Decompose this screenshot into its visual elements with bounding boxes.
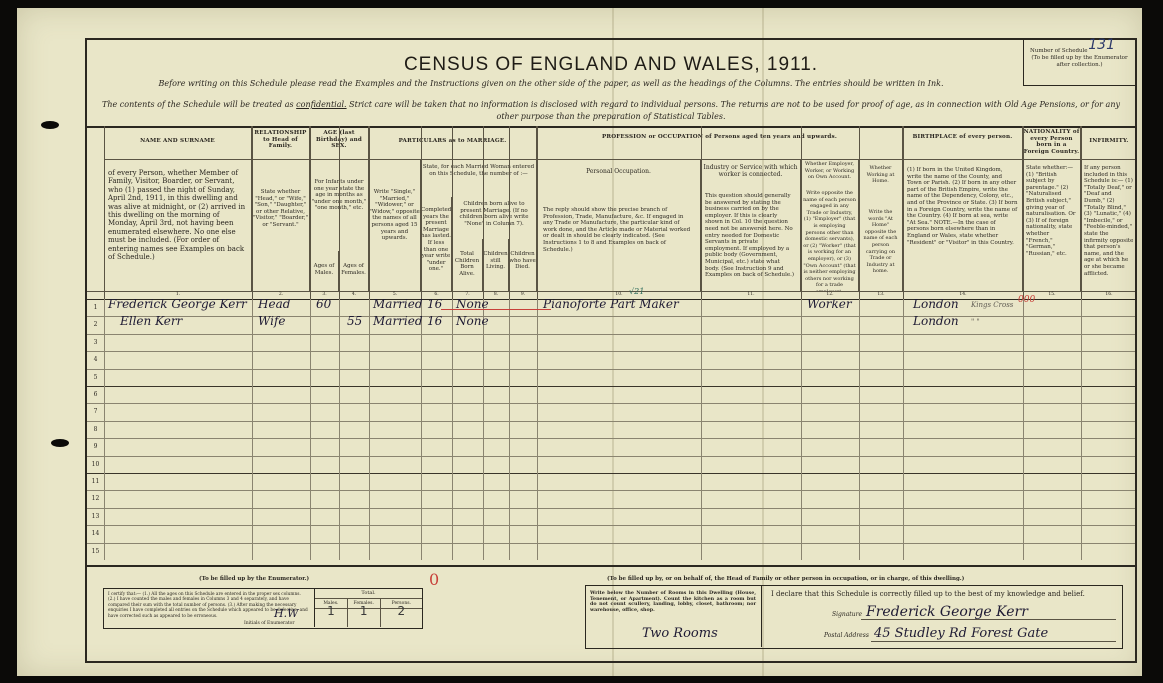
- marriage-column-header: PARTICULARS as to MARRIAGE.: [369, 126, 537, 159]
- column-divider: [104, 126, 105, 299]
- entry-years-married[interactable]: 16: [427, 314, 442, 328]
- row-divider: [87, 543, 1135, 544]
- entry-relationship[interactable]: Head: [258, 297, 290, 311]
- row-divider: [87, 438, 1135, 439]
- row-number: 14: [87, 530, 104, 537]
- column-divider: [701, 299, 702, 560]
- nationality-desc: State whether:— (1) "British subject by …: [1023, 159, 1081, 291]
- enumerator-caption: (To be filled up by the Enumerator.): [199, 576, 309, 582]
- relationship-column-desc: State whether "Head," or "Wife," "Son," …: [252, 159, 310, 291]
- relationship-column-header: RELATIONSHIP to Head of Family.: [252, 126, 310, 159]
- row-number: 2: [87, 321, 104, 328]
- children-died-desc: Children who have Died.: [509, 239, 537, 291]
- column-divider: [1081, 299, 1082, 560]
- column-number: 13.: [859, 292, 903, 297]
- column-divider: [339, 299, 340, 560]
- census-page: CENSUS OF ENGLAND AND WALES, 1911. Befor…: [17, 8, 1142, 676]
- head-of-family-box: Write below the Number of Rooms in this …: [585, 585, 1123, 649]
- declaration-text: I declare that this Schedule is correctl…: [771, 590, 1085, 598]
- page-title: CENSUS OF ENGLAND AND WALES, 1911.: [87, 54, 1135, 76]
- row-divider: [87, 490, 1135, 491]
- infirmity-desc: If any person included in this Schedule …: [1081, 159, 1137, 291]
- column-divider: [1023, 126, 1024, 299]
- occupation-column-header: PROFESSION or OCCUPATION of Persons aged…: [537, 126, 903, 159]
- form-frame: CENSUS OF ENGLAND AND WALES, 1911. Befor…: [85, 38, 1137, 663]
- column-divider: [903, 126, 904, 299]
- column-divider: [537, 299, 538, 560]
- column-divider: [252, 299, 253, 560]
- males-total: 1: [315, 609, 348, 627]
- row-number: 6: [87, 391, 104, 398]
- married-woman-group-desc: State, for each Married Woman entered on…: [421, 159, 537, 197]
- entry-age-male[interactable]: 60: [316, 297, 331, 311]
- initials-label: Initials of Enumerator: [244, 621, 295, 626]
- column-divider: [339, 126, 340, 299]
- column-divider: [859, 126, 860, 299]
- children-born-desc: Total Children Born Alive.: [452, 239, 483, 291]
- column-divider: [252, 126, 253, 299]
- row-divider: [87, 316, 1135, 317]
- red-strike-line: [441, 309, 551, 310]
- marital-status-desc: Write "Single," "Married," "Widower," or…: [369, 159, 421, 291]
- row-divider: [87, 351, 1135, 352]
- entry-birthplace[interactable]: London: [913, 314, 959, 328]
- column-divider: [537, 126, 538, 299]
- entry-children-born[interactable]: None: [456, 314, 489, 328]
- column-number: 11.: [701, 292, 801, 297]
- entry-occupation[interactable]: Pianoforte Part Maker: [543, 297, 679, 311]
- row-divider: [87, 386, 1135, 387]
- row-number: 13: [87, 513, 104, 520]
- column-divider: [452, 126, 453, 299]
- column-divider: [859, 299, 860, 560]
- row-divider: [87, 508, 1135, 509]
- column-divider: [509, 126, 510, 299]
- rooms-instruction: Write below the Number of Rooms in this …: [590, 591, 756, 613]
- head-caption: (To be filled up by, or on behalf of, th…: [607, 576, 964, 582]
- column-divider: [310, 299, 311, 560]
- entry-marriage[interactable]: Married: [373, 297, 423, 311]
- column-number: 9.: [509, 292, 537, 297]
- confidential-notice: The contents of the Schedule will be tre…: [97, 99, 1125, 123]
- column-divider: [1023, 299, 1024, 560]
- row-divider: [87, 525, 1135, 526]
- row-divider: [87, 421, 1135, 422]
- row-divider: [87, 369, 1135, 370]
- column-divider: [369, 299, 370, 560]
- industry-desc: This question should generally be answer…: [701, 187, 801, 291]
- punch-hole: [41, 121, 59, 129]
- column-divider: [452, 299, 453, 560]
- row-number: 4: [87, 356, 104, 363]
- column-divider: [421, 126, 422, 299]
- column-divider: [903, 299, 904, 560]
- schedule-number: 131: [1088, 42, 1115, 49]
- occupation-check-mark: √21: [629, 287, 644, 296]
- address-label: Postal Address: [824, 632, 869, 639]
- row-divider: [87, 403, 1135, 404]
- schedule-number-box: Number of Schedule (To be filled up by t…: [1023, 40, 1135, 86]
- row-number: 11: [87, 478, 104, 485]
- years-married-desc: Completed years the present Marriage has…: [421, 197, 452, 291]
- name-column-header: NAME AND SURNAME: [104, 126, 252, 159]
- column-divider: [310, 126, 311, 299]
- enumerator-box: I certify that:— (1.) All the ages on th…: [103, 588, 423, 629]
- row-number: 12: [87, 495, 104, 502]
- children-group-desc: Children born alive to present Marriage.…: [452, 197, 537, 239]
- entry-age-female[interactable]: 55: [347, 314, 362, 328]
- infirmity-column-header: INFIRMITY.: [1081, 126, 1137, 159]
- subtitle-instructions: Before writing on this Schedule please r…: [87, 79, 1015, 88]
- column-number: 16.: [1081, 292, 1137, 297]
- row-number: 7: [87, 408, 104, 415]
- birthplace-note: Kings Cross: [971, 301, 1013, 309]
- entry-relationship[interactable]: Wife: [258, 314, 286, 328]
- employer-status-label: Whether Employer, Worker, or Working on …: [801, 159, 859, 187]
- row-divider: [87, 473, 1135, 474]
- entry-employer-status[interactable]: Worker: [807, 297, 852, 311]
- row-number: 15: [87, 548, 104, 555]
- females-column-desc: Ages of Females.: [339, 251, 369, 291]
- row-number: 5: [87, 374, 104, 381]
- persons-total: 2: [381, 609, 422, 627]
- enumerator-initials: H.W: [274, 611, 298, 616]
- entry-years-married[interactable]: 16: [427, 297, 442, 311]
- nationality-column-header: NATIONALITY of every Person born in a Fo…: [1023, 126, 1081, 159]
- working-at-home-desc: Write the words "At Home" opposite the n…: [859, 187, 903, 291]
- industry-label: Industry or Service with which worker is…: [701, 159, 801, 187]
- rooms-section: Write below the Number of Rooms in this …: [586, 586, 762, 647]
- females-total: 1: [348, 609, 381, 627]
- column-divider: [701, 126, 702, 299]
- males-column-desc: Ages of Males.: [310, 251, 339, 291]
- employer-status-desc: Write opposite the name of each person e…: [801, 187, 859, 291]
- punch-hole: [51, 439, 69, 447]
- column-divider: [483, 126, 484, 299]
- address-value[interactable]: 45 Studley Rd Forest Gate: [874, 626, 1048, 641]
- entry-marriage[interactable]: Married: [373, 314, 423, 328]
- row-number: 9: [87, 443, 104, 450]
- bottom-divider: [87, 565, 1135, 567]
- birthplace-note: " ": [971, 318, 980, 326]
- red-mark: 000: [1018, 295, 1035, 305]
- children-living-desc: Children still Living.: [483, 239, 509, 291]
- column-divider: [369, 126, 370, 299]
- column-divider: [104, 299, 105, 560]
- totals-table: Total. Males. Females. Persons. 1 1 2: [314, 589, 422, 627]
- column-divider: [509, 299, 510, 560]
- column-divider: [1081, 126, 1082, 299]
- working-at-home-label: Whether Working at Home.: [859, 159, 903, 187]
- column-divider: [801, 299, 802, 560]
- birthplace-column-header: BIRTHPLACE of every person.: [903, 126, 1023, 159]
- name-column-desc: of every Person, whether Member of Famil…: [104, 159, 252, 291]
- column-divider: [483, 299, 484, 560]
- entry-name[interactable]: Ellen Kerr: [120, 314, 182, 328]
- row-divider: [87, 456, 1135, 457]
- red-zero-mark: 0: [429, 570, 439, 589]
- personal-occupation-desc: The reply should show the precise branch…: [537, 187, 701, 291]
- entry-birthplace[interactable]: London: [913, 297, 959, 311]
- row-number: 8: [87, 426, 104, 433]
- row-number: 3: [87, 339, 104, 346]
- birthplace-desc: (1) If born in the United Kingdom, write…: [903, 159, 1023, 291]
- row-divider: [87, 334, 1135, 335]
- column-number: 4.: [339, 292, 369, 297]
- entry-name[interactable]: Frederick George Kerr: [108, 297, 247, 311]
- row-number: 10: [87, 461, 104, 468]
- rooms-value[interactable]: Two Rooms: [642, 626, 718, 641]
- confidential-word: confidential.: [296, 100, 346, 109]
- column-divider: [801, 126, 802, 299]
- column-divider: [421, 299, 422, 560]
- signature-value[interactable]: Frederick George Kerr: [866, 604, 1028, 620]
- personal-occupation-label: Personal Occupation.: [537, 159, 701, 187]
- signature-label: Signature: [832, 611, 862, 618]
- row-number: 1: [87, 304, 104, 311]
